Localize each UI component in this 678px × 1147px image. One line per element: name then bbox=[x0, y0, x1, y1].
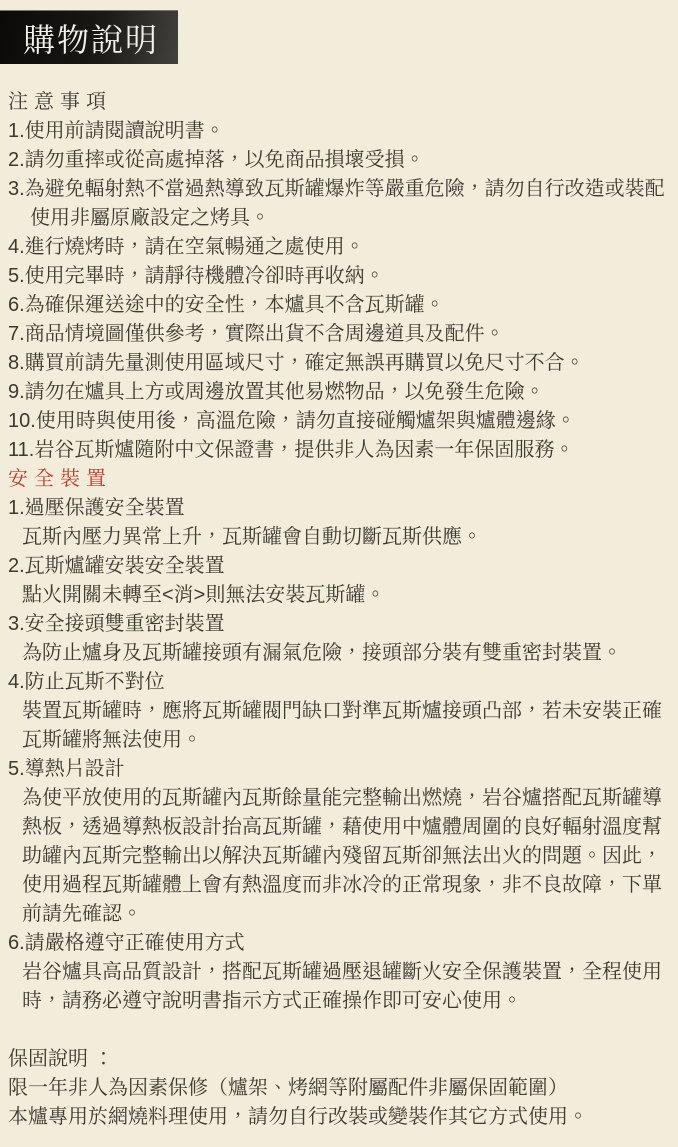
content-area: 注意事項 1.使用前請閱讀說明書。 2.請勿重摔或從高處掉落，以免商品損壞受損。… bbox=[0, 88, 678, 1132]
notice-item-9: 9.請勿在爐具上方或周邊放置其他易燃物品，以免發生危險。 bbox=[8, 378, 666, 407]
safety-item-desc: 為使平放使用的瓦斯罐內瓦斯餘量能完整輸出燃燒，岩谷爐搭配瓦斯罐導熱板，透過導熱板… bbox=[8, 784, 666, 929]
shopping-instructions-page: 購物說明 注意事項 1.使用前請閱讀說明書。 2.請勿重摔或從高處掉落，以免商品… bbox=[0, 10, 678, 1132]
safety-item-desc: 瓦斯內壓力異常上升，瓦斯罐會自動切斷瓦斯供應。 bbox=[8, 523, 666, 552]
safety-item-desc: 岩谷爐具高品質設計，搭配瓦斯罐過壓退罐斷火安全保護裝置，全程使用時，請務必遵守說… bbox=[8, 958, 666, 1016]
notice-item-6: 6.為確保運送途中的安全性，本爐具不含瓦斯罐。 bbox=[8, 291, 666, 320]
notice-item-11: 11.岩谷瓦斯爐隨附中文保證書，提供非人為因素一年保固服務。 bbox=[8, 436, 666, 465]
notice-item-1: 1.使用前請閱讀說明書。 bbox=[8, 117, 666, 146]
notice-item-10: 10.使用時與使用後，高溫危險，請勿直接碰觸爐架與爐體邊緣。 bbox=[8, 407, 666, 436]
safety-item-desc: 點火開關未轉至<消>則無法安裝瓦斯罐。 bbox=[8, 581, 666, 610]
safety-item-4: 4.防止瓦斯不對位 裝置瓦斯罐時，應將瓦斯罐閥門缺口對準瓦斯爐接頭凸部，若未安裝… bbox=[8, 668, 666, 755]
notice-item-2: 2.請勿重摔或從高處掉落，以免商品損壞受損。 bbox=[8, 146, 666, 175]
safety-item-3: 3.安全接頭雙重密封裝置 為防止爐身及瓦斯罐接頭有漏氣危險，接頭部分裝有雙重密封… bbox=[8, 610, 666, 668]
notice-item-3: 3.為避免輻射熱不當過熱導致瓦斯罐爆炸等嚴重危險，請勿自行改造或裝配使用非屬原廠… bbox=[8, 175, 666, 233]
page-title: 購物說明 bbox=[23, 15, 159, 61]
notice-item-8: 8.購買前請先量測使用區域尺寸，確定無誤再購買以免尺寸不合。 bbox=[8, 349, 666, 378]
safety-item-2: 2.瓦斯爐罐安裝安全裝置 點火開關未轉至<消>則無法安裝瓦斯罐。 bbox=[8, 552, 666, 610]
warranty-heading: 保固說明 ： bbox=[8, 1045, 666, 1074]
warranty-line-1: 限一年非人為因素保修（爐架、烤網等附屬配件非屬保固範圍） bbox=[8, 1074, 666, 1103]
safety-item-5: 5.導熱片設計 為使平放使用的瓦斯罐內瓦斯餘量能完整輸出燃燒，岩谷爐搭配瓦斯罐導… bbox=[8, 755, 666, 929]
safety-item-title: 6.請嚴格遵守正確使用方式 bbox=[8, 929, 666, 958]
safety-item-desc: 為防止爐身及瓦斯罐接頭有漏氣危險，接頭部分裝有雙重密封裝置。 bbox=[8, 639, 666, 668]
safety-item-desc: 裝置瓦斯罐時，應將瓦斯罐閥門缺口對準瓦斯爐接頭凸部，若未安裝正確瓦斯罐將無法使用… bbox=[8, 697, 666, 755]
page-title-banner: 購物說明 bbox=[0, 10, 178, 64]
safety-item-title: 3.安全接頭雙重密封裝置 bbox=[8, 610, 666, 639]
safety-item-title: 4.防止瓦斯不對位 bbox=[8, 668, 666, 697]
safety-item-title: 5.導熱片設計 bbox=[8, 755, 666, 784]
notice-item-7: 7.商品情境圖僅供參考，實際出貨不含周邊道具及配件。 bbox=[8, 320, 666, 349]
safety-item-title: 1.過壓保護安全裝置 bbox=[8, 494, 666, 523]
safety-item-6: 6.請嚴格遵守正確使用方式 岩谷爐具高品質設計，搭配瓦斯罐過壓退罐斷火安全保護裝… bbox=[8, 929, 666, 1016]
warranty-line-2: 本爐專用於網燒料理使用，請勿自行改裝或變裝作其它方式使用。 bbox=[8, 1103, 666, 1132]
notice-item-4: 4.進行燒烤時，請在空氣暢通之處使用。 bbox=[8, 233, 666, 262]
safety-list: 1.過壓保護安全裝置 瓦斯內壓力異常上升，瓦斯罐會自動切斷瓦斯供應。 2.瓦斯爐… bbox=[8, 494, 666, 1016]
notice-section-heading: 注意事項 bbox=[8, 88, 666, 117]
notice-list: 1.使用前請閱讀說明書。 2.請勿重摔或從高處掉落，以免商品損壞受損。 3.為避… bbox=[8, 117, 666, 465]
safety-section-heading: 安全裝置 bbox=[8, 465, 666, 494]
notice-item-5: 5.使用完畢時，請靜待機體冷卻時再收納。 bbox=[8, 262, 666, 291]
safety-item-title: 2.瓦斯爐罐安裝安全裝置 bbox=[8, 552, 666, 581]
warranty-section: 保固說明 ： 限一年非人為因素保修（爐架、烤網等附屬配件非屬保固範圍） 本爐專用… bbox=[8, 1045, 666, 1132]
safety-item-1: 1.過壓保護安全裝置 瓦斯內壓力異常上升，瓦斯罐會自動切斷瓦斯供應。 bbox=[8, 494, 666, 552]
